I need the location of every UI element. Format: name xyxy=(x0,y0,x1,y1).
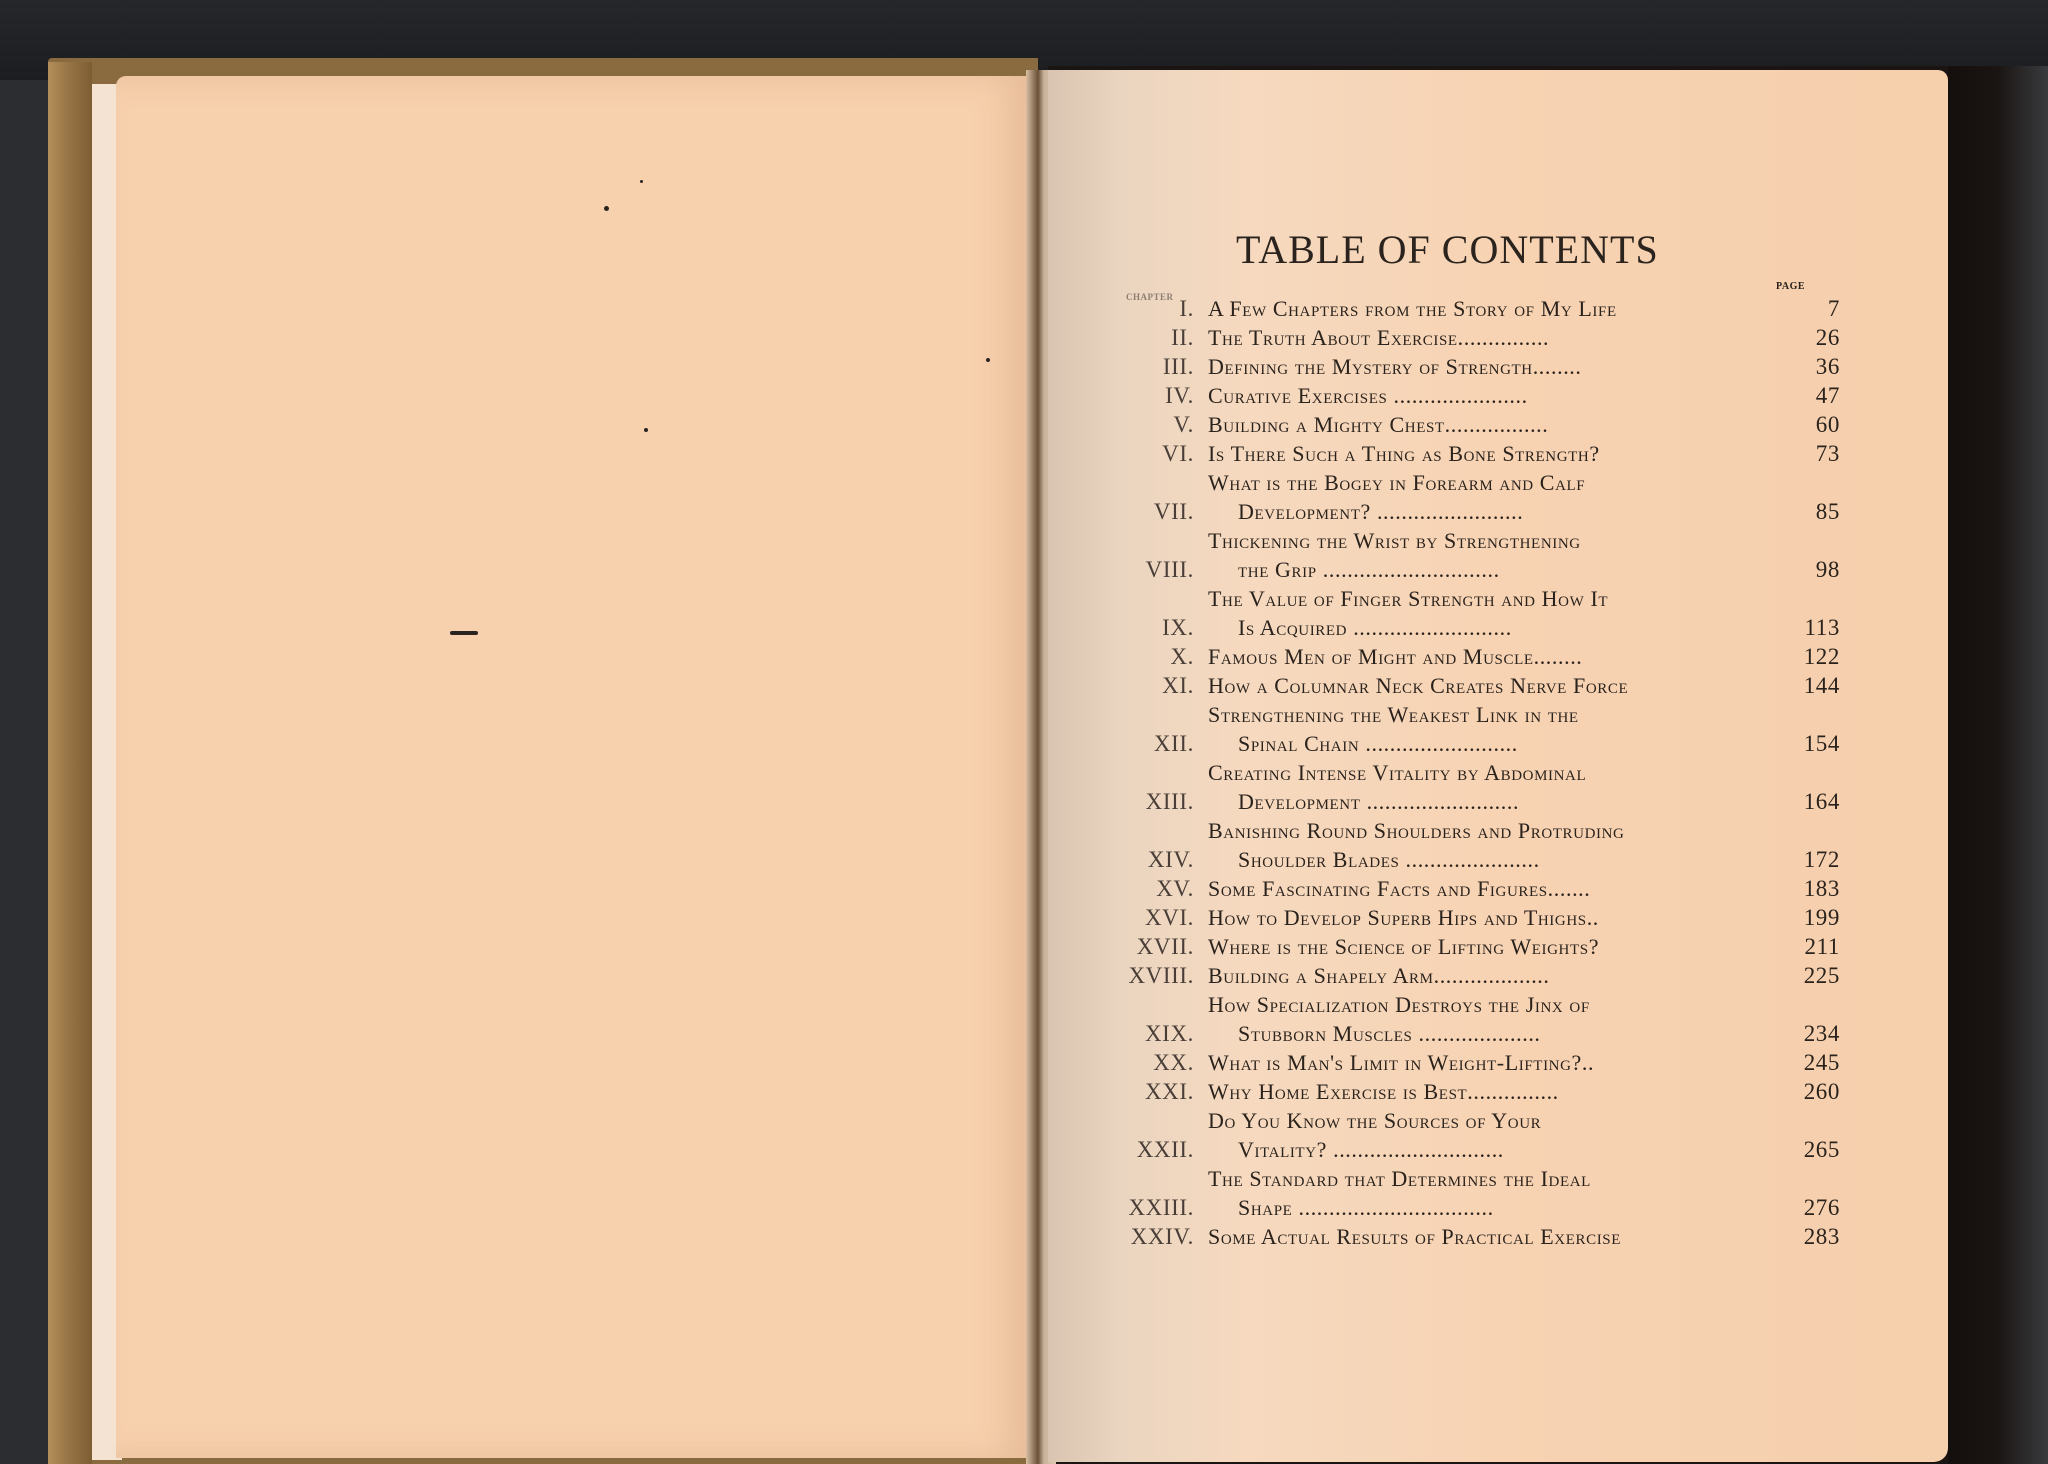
page-number: 276 xyxy=(1788,1193,1840,1222)
chapter-title-line: Strengthening the Weakest Link in the xyxy=(1208,700,1788,729)
chapter-title-line: Some Fascinating Facts and Figures......… xyxy=(1208,874,1788,903)
chapter-title: Thickening the Wrist by Strengtheningthe… xyxy=(1208,526,1788,584)
chapter-number: XVI. xyxy=(1120,903,1208,932)
toc-entry: XVI.How to Develop Superb Hips and Thigh… xyxy=(1120,903,1840,932)
chapter-title-line: Where is the Science of Lifting Weights? xyxy=(1208,932,1788,961)
chapter-number: XXIII. xyxy=(1120,1193,1208,1222)
chapter-number: XV. xyxy=(1120,874,1208,903)
toc-entry: V.Building a Mighty Chest...............… xyxy=(1120,410,1840,439)
chapter-title: Some Fascinating Facts and Figures......… xyxy=(1208,874,1788,903)
chapter-number: II. xyxy=(1120,323,1208,352)
page-column-label: PAGE xyxy=(1776,281,1805,292)
chapter-title-line: The Value of Finger Strength and How It xyxy=(1208,584,1788,613)
chapter-title: Defining the Mystery of Strength........ xyxy=(1208,352,1788,381)
chapter-title-line: The Standard that Determines the Ideal xyxy=(1208,1164,1788,1193)
chapter-title: Curative Exercises .....................… xyxy=(1208,381,1788,410)
chapter-title: What is the Bogey in Forearm and CalfDev… xyxy=(1208,468,1788,526)
chapter-title-line: Thickening the Wrist by Strengthening xyxy=(1208,526,1788,555)
chapter-title: The Value of Finger Strength and How ItI… xyxy=(1208,584,1788,642)
chapter-title: Strengthening the Weakest Link in theSpi… xyxy=(1208,700,1788,758)
chapter-title-line: Development ......................... xyxy=(1208,787,1788,816)
chapter-title: Banishing Round Shoulders and Protruding… xyxy=(1208,816,1788,874)
chapter-title: The Standard that Determines the IdealSh… xyxy=(1208,1164,1788,1222)
book-spine-edge xyxy=(48,62,92,1464)
chapter-title-line: Curative Exercises .....................… xyxy=(1208,381,1788,410)
chapter-title-line: The Truth About Exercise............... xyxy=(1208,323,1788,352)
chapter-title-line: Shoulder Blades ...................... xyxy=(1208,845,1788,874)
chapter-number: XIV. xyxy=(1120,845,1208,874)
scan-shadow xyxy=(1948,66,2048,1464)
toc-entry: XIX.How Specialization Destroys the Jinx… xyxy=(1120,990,1840,1048)
chapter-title: How a Columnar Neck Creates Nerve Force xyxy=(1208,671,1788,700)
chapter-title: Why Home Exercise is Best............... xyxy=(1208,1077,1788,1106)
chapter-title-line: Famous Men of Might and Muscle........ xyxy=(1208,642,1788,671)
toc-entry: XVIII.Building a Shapely Arm............… xyxy=(1120,961,1840,990)
chapter-title-line: Some Actual Results of Practical Exercis… xyxy=(1208,1222,1788,1251)
page-number: 225 xyxy=(1788,961,1840,990)
page-number: 183 xyxy=(1788,874,1840,903)
chapter-title-line: Is Acquired .......................... xyxy=(1208,613,1788,642)
chapter-title: Some Actual Results of Practical Exercis… xyxy=(1208,1222,1788,1251)
chapter-title: The Truth About Exercise............... xyxy=(1208,323,1788,352)
paper-speck xyxy=(644,428,648,432)
chapter-title-line: Shape ................................ xyxy=(1208,1193,1788,1222)
page-number: 73 xyxy=(1788,439,1840,468)
chapter-title-line: Why Home Exercise is Best............... xyxy=(1208,1077,1788,1106)
chapter-title-line: A Few Chapters from the Story of My Life xyxy=(1208,294,1788,323)
chapter-title: Is There Such a Thing as Bone Strength? xyxy=(1208,439,1788,468)
chapter-number: X. xyxy=(1120,642,1208,671)
toc-entry: I.A Few Chapters from the Story of My Li… xyxy=(1120,294,1840,323)
chapter-number: XII. xyxy=(1120,729,1208,758)
chapter-title-line: Building a Shapely Arm..................… xyxy=(1208,961,1788,990)
page-number: 164 xyxy=(1788,787,1840,816)
page-number: 283 xyxy=(1788,1222,1840,1251)
toc-entry: VII.What is the Bogey in Forearm and Cal… xyxy=(1120,468,1840,526)
chapter-title-line: What is the Bogey in Forearm and Calf xyxy=(1208,468,1788,497)
chapter-title: How Specialization Destroys the Jinx ofS… xyxy=(1208,990,1788,1048)
chapter-number: XIII. xyxy=(1120,787,1208,816)
page-number: 245 xyxy=(1788,1048,1840,1077)
chapter-number: I. xyxy=(1120,294,1208,323)
chapter-title-line: How to Develop Superb Hips and Thighs.. xyxy=(1208,903,1788,932)
page-number: 7 xyxy=(1788,294,1840,323)
page-number: 85 xyxy=(1788,497,1840,526)
chapter-number: V. xyxy=(1120,410,1208,439)
chapter-title: Famous Men of Might and Muscle........ xyxy=(1208,642,1788,671)
page-number: 199 xyxy=(1788,903,1840,932)
chapter-title-line: Do You Know the Sources of Your xyxy=(1208,1106,1788,1135)
toc-entry: XXII.Do You Know the Sources of YourVita… xyxy=(1120,1106,1840,1164)
chapter-title-line: Stubborn Muscles .................... xyxy=(1208,1019,1788,1048)
chapter-number: XXI. xyxy=(1120,1077,1208,1106)
toc-entries: I.A Few Chapters from the Story of My Li… xyxy=(1120,294,1840,1251)
toc-entry: XXIII.The Standard that Determines the I… xyxy=(1120,1164,1840,1222)
paper-speck xyxy=(986,358,990,362)
paper-blemish xyxy=(450,631,478,635)
chapter-number: VIII. xyxy=(1120,555,1208,584)
chapter-number: XX. xyxy=(1120,1048,1208,1077)
chapter-title-line: Building a Mighty Chest................. xyxy=(1208,410,1788,439)
page-number: 122 xyxy=(1788,642,1840,671)
toc-entry: IV.Curative Exercises ..................… xyxy=(1120,381,1840,410)
chapter-title-line: the Grip ............................. xyxy=(1208,555,1788,584)
chapter-title-line: How a Columnar Neck Creates Nerve Force xyxy=(1208,671,1788,700)
chapter-title-line: What is Man's Limit in Weight-Lifting?.. xyxy=(1208,1048,1788,1077)
chapter-number: XVII. xyxy=(1120,932,1208,961)
toc-entry: XIII.Creating Intense Vitality by Abdomi… xyxy=(1120,758,1840,816)
toc-entry: XXIV.Some Actual Results of Practical Ex… xyxy=(1120,1222,1840,1251)
page-number: 36 xyxy=(1788,352,1840,381)
toc-heading: TABLE OF CONTENTS xyxy=(1236,226,1659,273)
toc-entry: XV.Some Fascinating Facts and Figures...… xyxy=(1120,874,1840,903)
chapter-title: A Few Chapters from the Story of My Life xyxy=(1208,294,1788,323)
toc-entry: VIII.Thickening the Wrist by Strengtheni… xyxy=(1120,526,1840,584)
toc-entry: XX.What is Man's Limit in Weight-Lifting… xyxy=(1120,1048,1840,1077)
chapter-title-line: How Specialization Destroys the Jinx of xyxy=(1208,990,1788,1019)
page-number: 113 xyxy=(1788,613,1840,642)
chapter-number: XIX. xyxy=(1120,1019,1208,1048)
chapter-number: IV. xyxy=(1120,381,1208,410)
chapter-title: What is Man's Limit in Weight-Lifting?.. xyxy=(1208,1048,1788,1077)
page-number: 144 xyxy=(1788,671,1840,700)
chapter-title-line: Development? ........................ xyxy=(1208,497,1788,526)
page-number: 60 xyxy=(1788,410,1840,439)
chapter-number: III. xyxy=(1120,352,1208,381)
chapter-number: XXIV. xyxy=(1120,1222,1208,1251)
chapter-title: How to Develop Superb Hips and Thighs.. xyxy=(1208,903,1788,932)
left-page-blank xyxy=(116,76,1026,1458)
chapter-title-line: Defining the Mystery of Strength........ xyxy=(1208,352,1788,381)
chapter-title-line: Is There Such a Thing as Bone Strength? xyxy=(1208,439,1788,468)
toc-entry: XII.Strengthening the Weakest Link in th… xyxy=(1120,700,1840,758)
chapter-title: Building a Mighty Chest................. xyxy=(1208,410,1788,439)
chapter-number: VI. xyxy=(1120,439,1208,468)
chapter-number: IX. xyxy=(1120,613,1208,642)
page-number: 211 xyxy=(1788,932,1840,961)
toc-entry: III.Defining the Mystery of Strength....… xyxy=(1120,352,1840,381)
chapter-number: XI. xyxy=(1120,671,1208,700)
chapter-number: VII. xyxy=(1120,497,1208,526)
paper-speck xyxy=(604,206,609,211)
chapter-title-line: Creating Intense Vitality by Abdominal xyxy=(1208,758,1788,787)
chapter-title-line: Banishing Round Shoulders and Protruding xyxy=(1208,816,1788,845)
toc-entry: XVII.Where is the Science of Lifting Wei… xyxy=(1120,932,1840,961)
paper-speck xyxy=(640,180,643,183)
page-number: 26 xyxy=(1788,323,1840,352)
chapter-title: Do You Know the Sources of YourVitality?… xyxy=(1208,1106,1788,1164)
toc-entry: X.Famous Men of Might and Muscle........… xyxy=(1120,642,1840,671)
page-number: 172 xyxy=(1788,845,1840,874)
toc-entry: IX.The Value of Finger Strength and How … xyxy=(1120,584,1840,642)
chapter-number: XXII. xyxy=(1120,1135,1208,1164)
page-number: 234 xyxy=(1788,1019,1840,1048)
toc-entry: VI.Is There Such a Thing as Bone Strengt… xyxy=(1120,439,1840,468)
chapter-title-line: Spinal Chain ......................... xyxy=(1208,729,1788,758)
toc-entry: XI.How a Columnar Neck Creates Nerve For… xyxy=(1120,671,1840,700)
chapter-title: Building a Shapely Arm..................… xyxy=(1208,961,1788,990)
chapter-title: Where is the Science of Lifting Weights? xyxy=(1208,932,1788,961)
chapter-number: XVIII. xyxy=(1120,961,1208,990)
page-number: 260 xyxy=(1788,1077,1840,1106)
page-number: 154 xyxy=(1788,729,1840,758)
page-number: 47 xyxy=(1788,381,1840,410)
chapter-title-line: Vitality? ............................ xyxy=(1208,1135,1788,1164)
chapter-title: Creating Intense Vitality by AbdominalDe… xyxy=(1208,758,1788,816)
page-number: 98 xyxy=(1788,555,1840,584)
page-number: 265 xyxy=(1788,1135,1840,1164)
toc-entry: XXI.Why Home Exercise is Best...........… xyxy=(1120,1077,1840,1106)
toc-entry: XIV.Banishing Round Shoulders and Protru… xyxy=(1120,816,1840,874)
toc-entry: II.The Truth About Exercise.............… xyxy=(1120,323,1840,352)
